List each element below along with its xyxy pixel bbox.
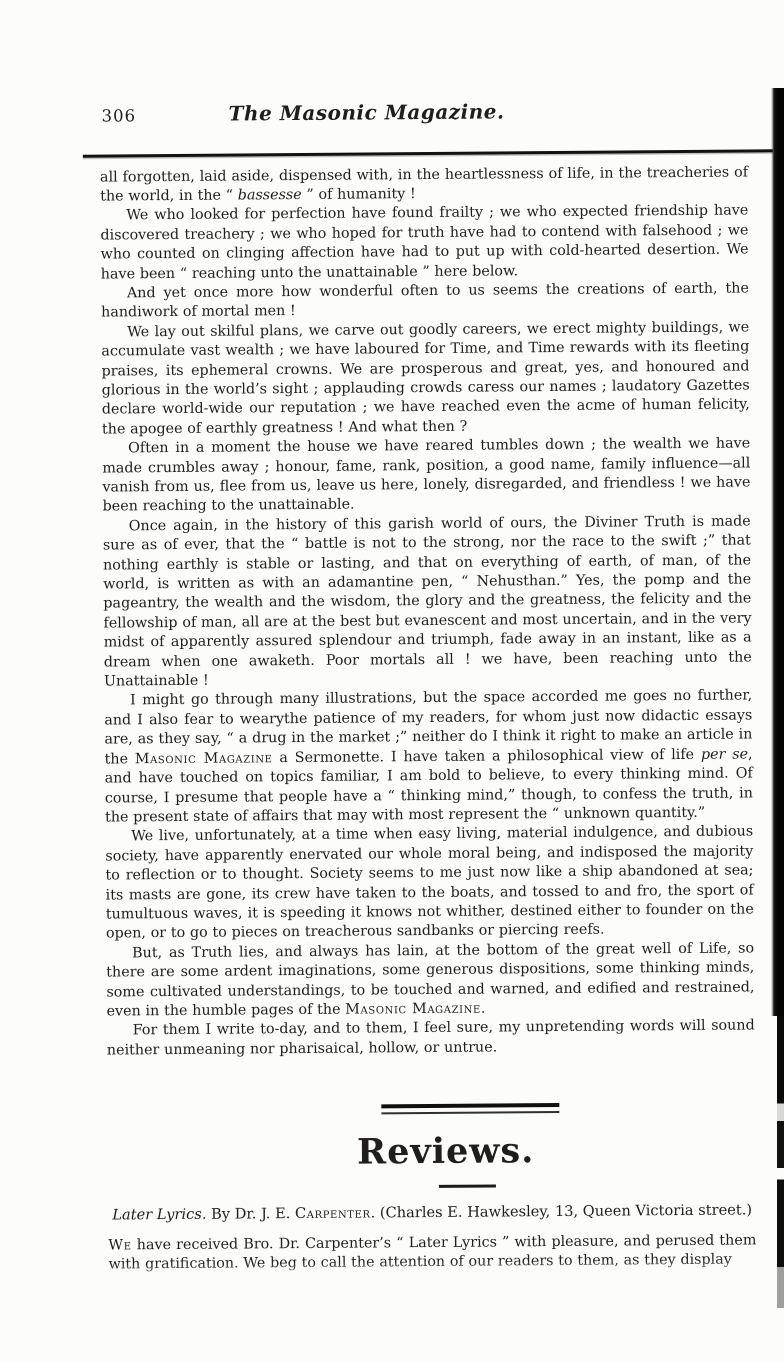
double-rule-thick-line [381,1103,559,1108]
paragraph: We lay out skilful plans, we carve out g… [101,318,750,440]
review-book-citation: Later Lyrics. By Dr. J. E. Carpenter. (C… [108,1200,756,1226]
text-run: all forgotten, laid aside, dispensed wit… [100,164,748,204]
double-rule-thin-line [381,1111,559,1114]
page-content: 306 The Masonic Magazine. all forgotten,… [99,91,756,1275]
text-run: . [481,1001,486,1017]
italic-text-run: Later Lyrics. [112,1205,206,1223]
small-caps-text-run: We [108,1237,131,1253]
small-caps-text-run: Masonic Magazine [135,750,273,767]
small-caps-text-run: Carpenter [295,1204,371,1222]
book-edge-scan-artifact [771,88,784,1016]
page-title: The Masonic Magazine. [42,92,690,127]
paragraph: But, as Truth lies, and always has lain,… [106,939,755,1022]
text-run: . (Charles E. Hawkesley, 13, Queen Victo… [371,1201,753,1221]
page-header: 306 The Masonic Magazine. [99,91,747,154]
text-run: Often in a moment the house we have rear… [102,436,750,515]
reviews-heading-divider [438,1184,495,1187]
text-run: We lay out skilful plans, we carve out g… [101,319,750,437]
text-run: a Sermonette. I have taken a philosophic… [272,747,701,766]
paragraph: And yet once more how wonderful often to… [101,279,749,323]
magazine-page: 306 The Masonic Magazine. all forgotten,… [0,0,784,1362]
article-body: all forgotten, laid aside, dispensed wit… [100,163,755,1061]
italic-text-run: per se [701,746,748,762]
paragraph: I might go through many illustrations, b… [104,687,753,828]
text-run: By Dr. J. E. [206,1205,295,1223]
paragraph: We have received Bro. Dr. Carpenter’s “ … [108,1232,756,1276]
paragraph: For them I write to-day, and to them, I … [107,1017,755,1061]
review-body: We have received Bro. Dr. Carpenter’s “ … [108,1232,756,1276]
text-run: We live, unfortunately, at a time when e… [105,824,754,942]
reviews-section-heading: Reviews. [122,1127,770,1176]
paragraph: Once again, in the history of this garis… [103,512,752,692]
paragraph: We live, unfortunately, at a time when e… [105,823,754,945]
italic-text-run: bassesse [238,187,302,204]
section-end-double-rule [381,1103,559,1114]
text-run: And yet once more how wonderful often to… [101,280,749,320]
small-caps-text-run: Masonic Magazine [345,1001,481,1018]
paragraph: Often in a moment the house we have rear… [102,435,751,518]
paragraph: We who looked for perfection have found … [100,202,749,285]
text-run: have received Bro. Dr. Carpenter’s “ Lat… [108,1233,756,1273]
paragraph: all forgotten, laid aside, dispensed wit… [100,163,748,207]
book-edge-scan-artifact-lower [777,1016,784,1308]
text-run: Once again, in the history of this garis… [103,513,752,689]
text-run: ” of humanity ! [302,186,416,203]
text-run: We who looked for perfection have found … [100,203,748,282]
text-run: For them I write to-day, and to them, I … [107,1018,755,1058]
